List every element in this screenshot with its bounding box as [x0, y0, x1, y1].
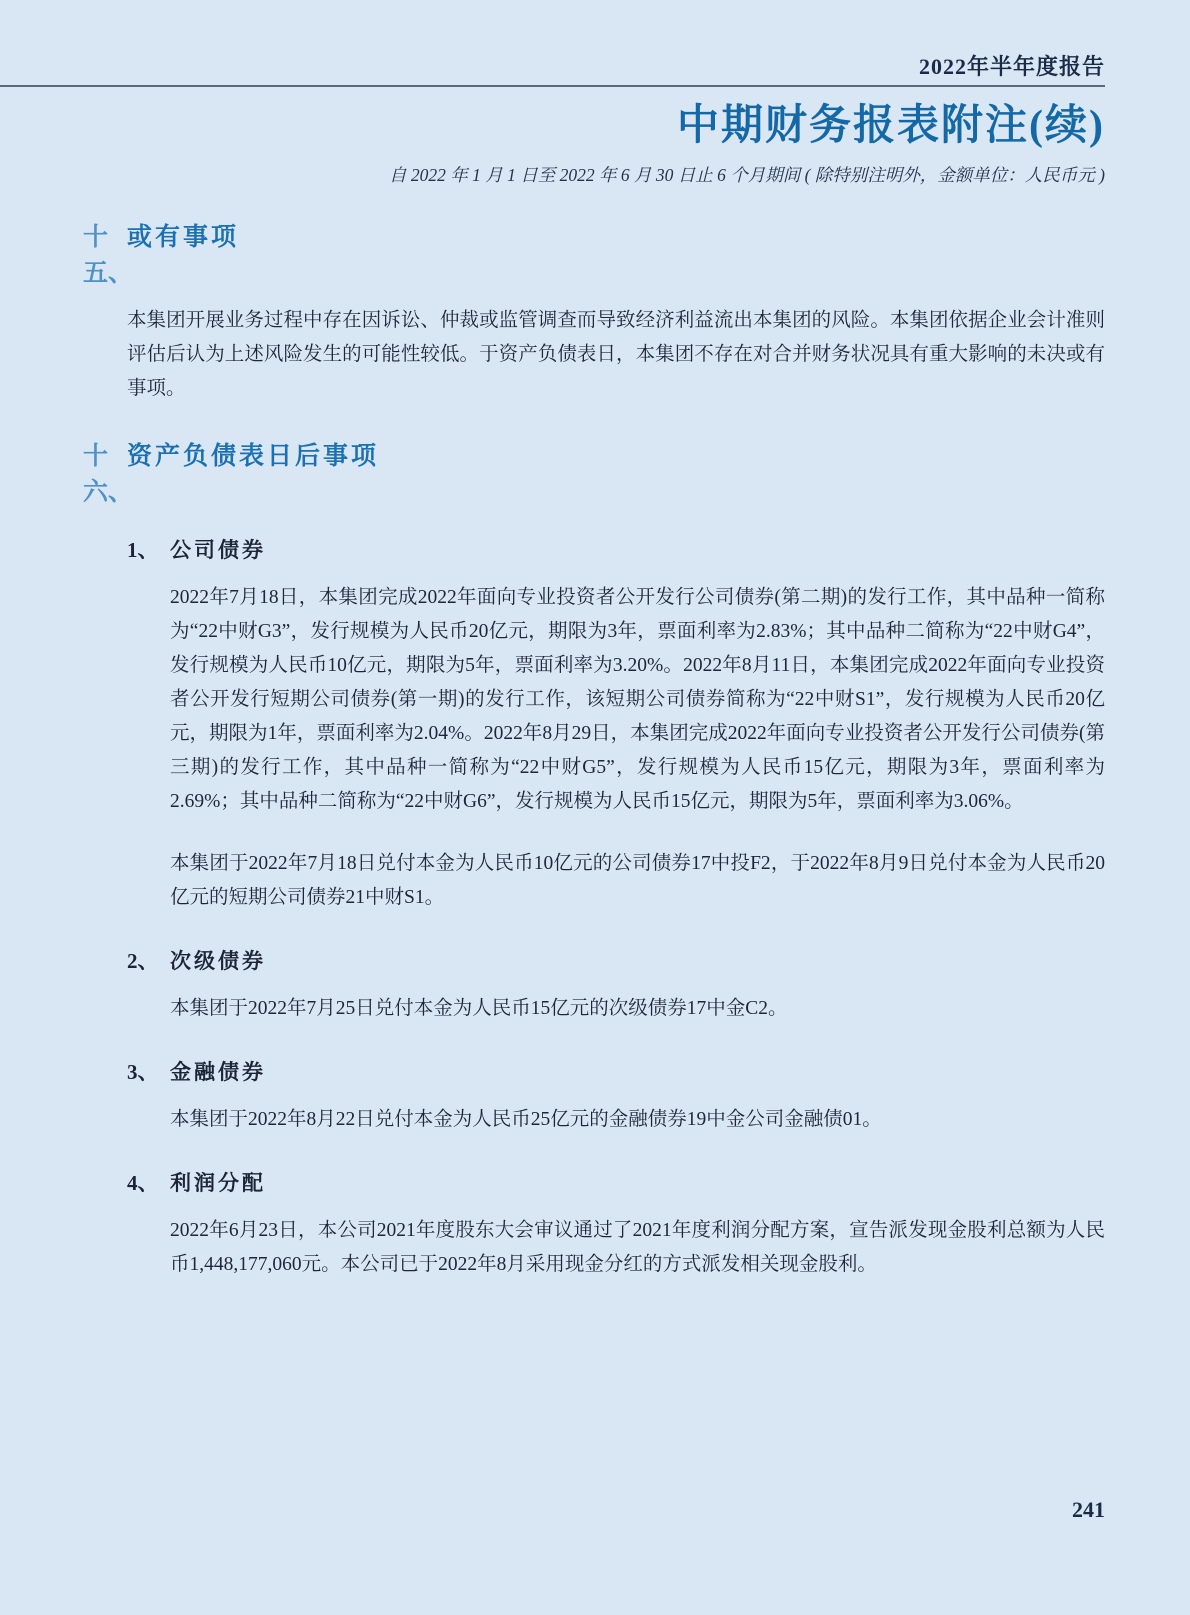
subsection-1-heading: 1、 公司债券: [127, 534, 1105, 564]
subsection-1-paragraph-2: 本集团于2022年7月18日兑付本金为人民币10亿元的公司债券17中投F2，于2…: [170, 847, 1105, 915]
subsection-1-paragraph-1: 2022年7月18日，本集团完成2022年面向专业投资者公开发行公司债券(第二期…: [170, 581, 1105, 819]
subsection-3-paragraph-1: 本集团于2022年8月22日兑付本金为人民币25亿元的金融债券19中金公司金融债…: [170, 1103, 1105, 1137]
page-number: 241: [1072, 1497, 1105, 1523]
subsection-3-heading: 3、 金融债券: [127, 1056, 1105, 1086]
section-15-heading: 十五、 或有事项: [83, 217, 1105, 289]
subsection-1-title: 公司债券: [170, 534, 266, 564]
section-16-number: 十六、: [83, 436, 127, 508]
subsection-1-number: 1、: [127, 534, 170, 564]
section-16-heading: 十六、 资产负债表日后事项: [83, 436, 1105, 508]
subsection-4-title: 利润分配: [170, 1167, 266, 1197]
section-15-title: 或有事项: [127, 217, 239, 253]
section-15-number: 十五、: [83, 217, 127, 289]
subsection-2-title: 次级债券: [170, 945, 266, 975]
section-16-title: 资产负债表日后事项: [127, 436, 379, 472]
page-title: 中期财务报表附注(续): [83, 102, 1105, 150]
subsection-4-heading: 4、 利润分配: [127, 1167, 1105, 1197]
subsection-4-number: 4、: [127, 1167, 170, 1197]
report-page: 2022年半年度报告 中期财务报表附注(续) 自 2022 年 1 月 1 日至…: [0, 0, 1190, 1615]
subsection-2-heading: 2、 次级债券: [127, 945, 1105, 975]
header-rule: [0, 85, 1105, 87]
subsection-3-number: 3、: [127, 1056, 170, 1086]
report-header: 2022年半年度报告: [83, 0, 1105, 81]
subsection-4-paragraph-1: 2022年6月23日，本公司2021年度股东大会审议通过了2021年度利润分配方…: [170, 1214, 1105, 1282]
section-15-paragraph: 本集团开展业务过程中存在因诉讼、仲裁或监管调查而导致经济利益流出本集团的风险。本…: [127, 304, 1105, 406]
page-subtitle: 自 2022 年 1 月 1 日至 2022 年 6 月 30 日止 6 个月期…: [83, 162, 1105, 187]
subsection-2-number: 2、: [127, 945, 170, 975]
subsection-3-title: 金融债券: [170, 1056, 266, 1086]
subsection-2-paragraph-1: 本集团于2022年7月25日兑付本金为人民币15亿元的次级债券17中金C2。: [170, 992, 1105, 1026]
